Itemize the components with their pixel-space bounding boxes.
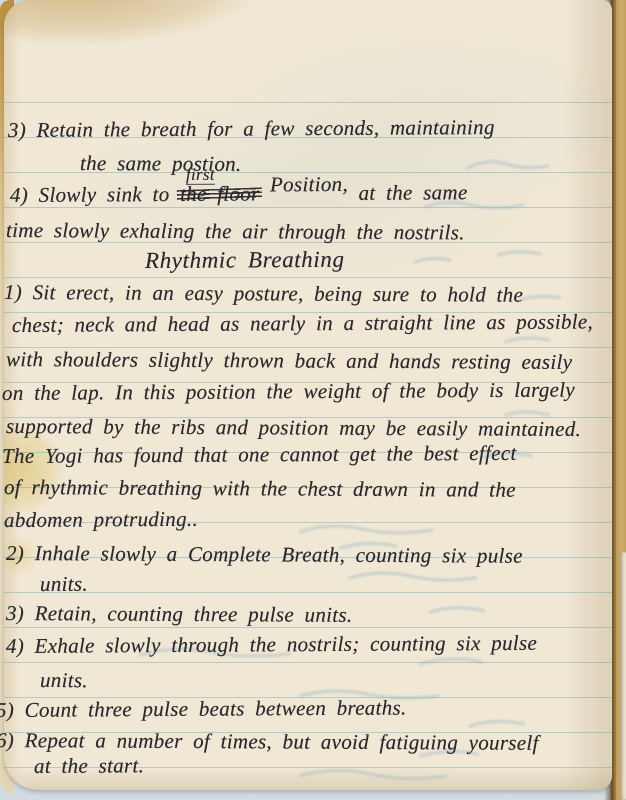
handwritten-text: chest; neck and head as nearly in a stra… — [12, 309, 593, 337]
handwritten-line: at the start. — [34, 753, 144, 778]
handwriting-layer: 3) Retain the breath for a few seconds, … — [0, 0, 626, 800]
handwritten-line: 4) Exhale slowly through the nostrils; c… — [6, 631, 537, 658]
handwritten-text: 5) Count three pulse beats between breat… — [0, 695, 407, 722]
handwritten-text: on the lap. In this position the weight … — [2, 377, 575, 405]
handwritten-text: supported by the ribs and position may b… — [6, 414, 581, 441]
handwritten-text: 2) Inhale slowly a Complete Breath, coun… — [6, 541, 523, 568]
handwritten-line: supported by the ribs and position may b… — [6, 414, 581, 441]
handwritten-text: The Yogi has found that one cannot get t… — [2, 441, 517, 468]
handwritten-text: 3) Retain the breath for a few seconds, … — [8, 115, 495, 142]
handwritten-text: with shoulders slightly thrown back and … — [6, 347, 572, 374]
handwritten-line: units. — [40, 572, 88, 596]
handwritten-text: the same postion. — [80, 151, 242, 176]
handwritten-text: 6) Repeat a number of times, but avoid f… — [0, 728, 539, 755]
handwritten-line: 2) Inhale slowly a Complete Breath, coun… — [6, 541, 523, 568]
handwritten-text: Position, — [259, 172, 348, 197]
handwritten-line: 4) Slowly sink to the floorfirst Positio… — [10, 180, 468, 207]
correction-cluster: the floorfirst — [180, 181, 260, 206]
handwritten-line: 5) Count three pulse beats between breat… — [0, 695, 407, 722]
handwritten-text: 1) Sit erect, in an easy posture, being … — [4, 280, 523, 307]
handwritten-text: Rhythmic Breathing — [145, 247, 345, 273]
handwritten-text: units. — [40, 668, 88, 692]
scribbled-out-word: the floor — [180, 181, 260, 206]
handwritten-line: 3) Retain the breath for a few seconds, … — [8, 115, 495, 142]
handwritten-text: at the start. — [34, 753, 144, 778]
handwritten-line: the same postion. — [80, 151, 242, 176]
handwritten-text: at the same — [348, 180, 468, 205]
scanned-notebook-page: 3) Retain the breath for a few seconds, … — [0, 0, 626, 800]
handwritten-text: 3) Retain, counting three pulse units. — [6, 601, 353, 627]
handwritten-line: units. — [40, 668, 88, 692]
handwritten-line: time slowly exhaling the air through the… — [6, 218, 465, 245]
handwritten-line: with shoulders slightly thrown back and … — [6, 347, 572, 374]
handwritten-line: chest; neck and head as nearly in a stra… — [12, 309, 593, 337]
handwritten-line: 1) Sit erect, in an easy posture, being … — [4, 280, 523, 307]
handwritten-text: abdomen protruding.. — [4, 507, 198, 532]
handwritten-text: time slowly exhaling the air through the… — [6, 218, 465, 244]
handwritten-text: units. — [40, 572, 88, 596]
handwritten-line: 6) Repeat a number of times, but avoid f… — [0, 728, 539, 755]
handwritten-line: abdomen protruding.. — [4, 507, 198, 532]
handwritten-text: 4) Slowly sink to — [10, 182, 180, 207]
handwritten-line: on the lap. In this position the weight … — [2, 377, 575, 405]
inserted-correction-word: first — [186, 166, 215, 185]
handwritten-line: The Yogi has found that one cannot get t… — [2, 441, 517, 468]
handwritten-text: 4) Exhale slowly through the nostrils; c… — [6, 631, 537, 658]
handwritten-line: 3) Retain, counting three pulse units. — [6, 601, 353, 627]
section-heading: Rhythmic Breathing — [145, 247, 345, 275]
handwritten-text: of rhythmic breathing with the chest dra… — [4, 475, 516, 502]
handwritten-line: of rhythmic breathing with the chest dra… — [4, 475, 516, 502]
